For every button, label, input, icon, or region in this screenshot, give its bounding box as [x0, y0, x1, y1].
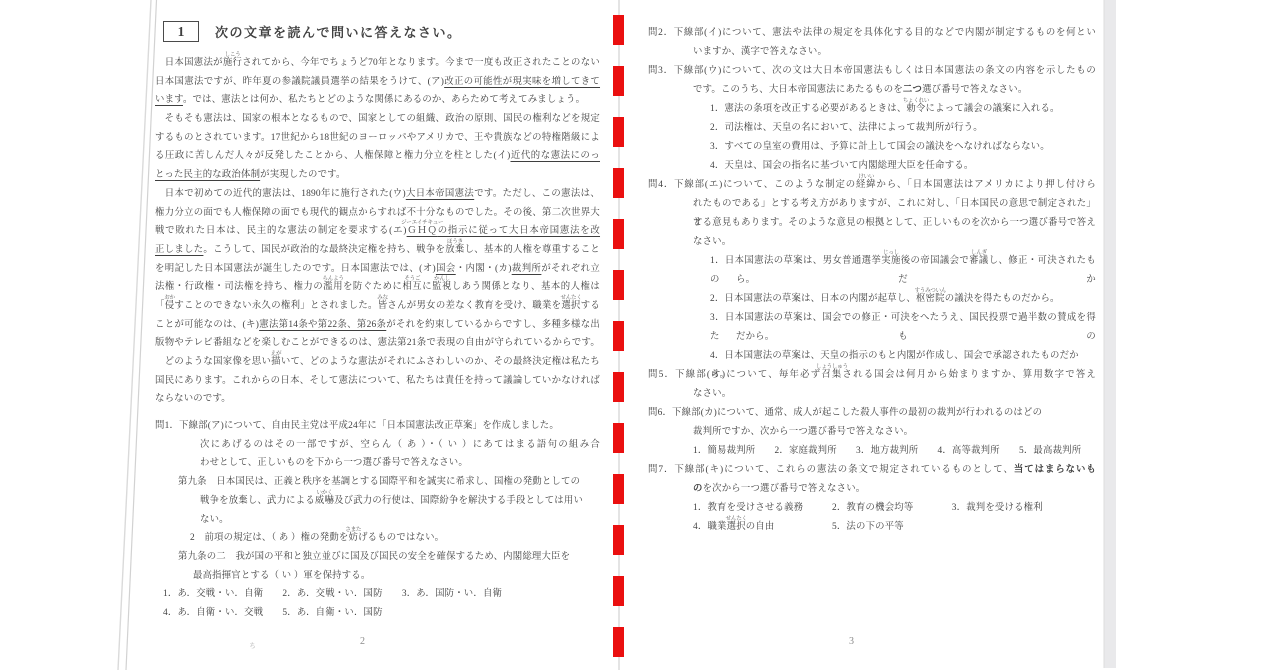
text-line: を明記した日本国憲法が誕生したのです。日本国憲法では、(オ)国会・内閣・(カ)裁… [155, 260, 600, 279]
text-segment: から、「日本国憲法はアメリカにより押し付けら [876, 180, 1096, 190]
text-segment: 威嚇いかく [315, 496, 334, 506]
text-line: 正しました。こうして、国民が政治的な最終決定権を持ち、戦争を放棄ほうきし、基本的… [155, 241, 600, 260]
text-line: 問1．下線部(ア)について、自由民主党は平成24年に「日本国憲法改正草案」を作成… [155, 417, 600, 436]
text-line: 版物やテレビ番組などを楽しむことができるのは、憲法第21条で表現の自由が守られて… [155, 334, 600, 353]
text-segment: 選択せんたく [727, 522, 746, 532]
text-line: 1．憲法の条項を改正する必要があるときは、勅令ちょくれいによって議会の議案に入れ… [648, 100, 1096, 119]
text-line: 戦争を放棄し、武力による威嚇いかく及び武力の行使は、国際紛争を解決する手段として… [155, 492, 600, 511]
text-line: 次にあげるのはその一部ですが、空らん（ あ ）・（ い ）にあてはまる語句の組み… [155, 436, 600, 455]
furigana: さまた [345, 527, 361, 533]
section-title: 次の文章を読んで問いに答えなさい。 [215, 22, 462, 41]
text-line: 4．あ．自衛・い．交戦 5．あ．自衛・い．国防 [155, 604, 600, 623]
text-segment: 版物やテレビ番組などを楽しむことができるのは、憲法第21条で表現の自由が守られて… [155, 338, 600, 348]
text-segment: 。では、憲法とは何か、私たちとどのような関係にあるのか、あらためて考えてみましょ… [183, 95, 585, 105]
furigana: ちょくれい [903, 98, 929, 104]
text-line: 問4．下線部(エ)について、このような制定の経緯けいいから、「日本国憲法はアメリ… [648, 176, 1096, 195]
text-segment: を防ぐために [343, 282, 402, 292]
section-heading: 1 次の文章を読んで問いに答えなさい。 [155, 18, 600, 44]
text-segment: さんが男女の差なく教育を受け、職業を [387, 301, 561, 311]
text-segment: がそれを約束しているからですし、多種多様な出 [386, 320, 600, 330]
text-segment: 当てはまらないも [1014, 465, 1096, 475]
text-segment: すことのできない永久の権利」とされました。 [174, 301, 377, 311]
text-segment: しあう関係となり、基本的人権は [452, 282, 600, 292]
text-segment: 4．天皇は、国会の指名に基づいて内閣総理大臣を任命する。 [710, 161, 973, 171]
furigana: おか [164, 295, 175, 301]
text-line: いますか、漢字で答えなさい。 [648, 43, 1096, 62]
text-segment: がそれぞれ立 [541, 264, 600, 274]
text-segment: の議決を得たものだから。 [945, 294, 1060, 304]
text-segment: ならないのです。 [155, 394, 231, 404]
text-segment: 1．日本国憲法の草案は、男女普通選挙 [710, 256, 881, 266]
furigana: けいい [858, 174, 874, 180]
text-line: 2．日本国憲法の草案は、日本の内閣が起草し、枢密院すうみついんの議決を得たものだ… [648, 290, 1096, 309]
furigana: しんぎ [971, 250, 987, 256]
text-line: 戦で敗れた日本は、民主的な憲法の制定を要求する(エ)ＧＨＱジーエイチキューの指示… [155, 222, 600, 241]
text-segment: 日本で初めての近代的憲法は、1890年に施行された(ウ) [155, 189, 406, 199]
text-segment: 放棄ほうき [445, 245, 464, 255]
text-segment: 法権・行政権・司法権を持ち、権力の [155, 282, 323, 292]
text-segment: 2 前項の規定は、（ あ ）権の発動を [190, 533, 348, 543]
text-segment: 権力分立の面でも人権保障の面でも現代的観点からすれば不十分なものでした。その後、… [155, 208, 600, 218]
underlined-text: 裁判所 [512, 264, 542, 274]
text-segment: ・内閣・(カ) [456, 264, 512, 274]
text-line: のを次から一つ選び番号で答えなさい。 [648, 480, 1096, 499]
text-segment: 日本国憲法ですが、昨年夏の参議院議員選挙の結果をうけて、(ア) [155, 77, 444, 87]
text-line: 問6．下線部(カ)について、通常、成人が起こした殺人事件の最初の裁判が行われるの… [648, 404, 1096, 423]
text-segment: げるものではない。 [358, 533, 444, 543]
text-segment: 問6．下線部(カ)について、通常、成人が起こした殺人事件の最初の裁判が行われるの… [648, 408, 1042, 418]
text-segment: なさい。 [693, 389, 731, 399]
text-segment: です。このうち、大日本帝国憲法にあたるものを [693, 85, 903, 95]
text-segment: によって議会の議案に入れる。 [926, 104, 1060, 114]
text-segment: 監視かんし [432, 282, 452, 292]
text-segment: 4．あ．自衛・い．交戦 5．あ．自衛・い．国防 [163, 608, 383, 618]
text-segment: なさい。 [693, 237, 731, 247]
furigana: しょうしゅう [816, 364, 848, 370]
text-line: ことが可能なのは、(キ)憲法第14条や第22条、第26条がそれを約束しているから… [155, 316, 600, 335]
text-segment: する [581, 301, 600, 311]
text-segment: 2．司法権は、天皇の名において、法律によって裁判所が行う。 [710, 123, 983, 133]
text-line: 問2．下線部(イ)について、憲法や法律の規定を具体化する目的などで内閣が制定する… [648, 24, 1096, 43]
text-line: 3．すべての皇室の費用は、予算に計上して国会の議決をへなければならない。 [648, 138, 1096, 157]
questions-2-to-7: 問2．下線部(イ)について、憲法や法律の規定を具体化する目的などで内閣が制定する… [648, 24, 1096, 537]
text-segment: 1．あ．交戦・い．自衛 2．あ．交戦・い．国防 3．あ．国防・い．自衛 [163, 589, 502, 599]
text-segment: る圧政に苦しんだ人々が反発したことから、人権保障と権力分立を柱とした(イ) [155, 151, 510, 161]
text-line: そもそも憲法は、国家の根本となるもので、国家としての組織、政治の原則、国民の権利… [155, 110, 600, 129]
text-segment: 最高指揮官とする（ い ）軍を保持する。 [193, 571, 370, 581]
text-segment: 妨さまた [348, 533, 358, 543]
text-segment: そもそも憲法は、国家の根本となるもので、国家としての組織、政治の原則、国民の権利… [155, 114, 600, 124]
text-line: 1．あ．交戦・い．自衛 2．あ．交戦・い．国防 3．あ．国防・い．自衛 [155, 585, 600, 604]
text-line: とった民主的な政治体制が実現したのです。 [155, 166, 600, 185]
text-segment: 4．職業 [693, 522, 727, 532]
text-segment: するものとされています。17世紀から18世紀のヨーロッパやアメリカで、王や貴族な… [155, 133, 600, 143]
text-segment: いて、どのような憲法がそれにふさわしいのか、その最終決定権は私たち [281, 357, 600, 367]
text-line: 1．簡易裁判所 2．家庭裁判所 3．地方裁判所 4．高等裁判所 5．最高裁判所 [648, 442, 1096, 461]
text-segment: どのような国家像を思い [155, 357, 271, 367]
furigana: ジーエイチキュー [401, 220, 443, 226]
text-segment: の自由 5．法の下の平等 [746, 522, 904, 532]
text-line: 問7．下線部(キ)について、これらの憲法の条文で規定されているものとして、当ては… [648, 461, 1096, 480]
underlined-text: ＧＨＱジーエイチキュー [407, 226, 438, 236]
text-segment: 1．憲法の条項を改正する必要があるときは、 [710, 104, 906, 114]
section-number-box: 1 [163, 21, 199, 42]
exam-page-right: 問2．下線部(イ)について、憲法や法律の規定を具体化する目的などで内閣が制定する… [648, 24, 1096, 537]
text-segment: 第九条 日本国民は、正義と秩序を基調とする国際平和を誠実に希求し、国権の発動とし… [178, 477, 580, 487]
text-line: 3．日本国憲法の草案は、国会での修正・可決をへたうえ、国民投票で過半数の賛成を得… [648, 309, 1096, 328]
text-segment: 1．教育を受けさせる義務 2．教育の機会均等 3．裁判を受ける権利 [693, 503, 1043, 513]
text-segment: 裁判所ですか、次から一つ選び番号で答えなさい。 [693, 427, 913, 437]
page-number-right: 3 [849, 636, 854, 647]
text-segment: 二つ [903, 85, 922, 95]
text-segment: 及び武力の行使は、国際紛争を解決する手段としては用い [334, 496, 583, 506]
text-line: 権力分立の面でも人権保障の面でも現代的観点からすれば不十分なものでした。その後、… [155, 204, 600, 223]
text-segment: わせとして、正しいものを下から一つ選び番号で答えなさい。 [200, 458, 468, 468]
text-segment: を次から一つ選び番号で答えなさい。 [703, 484, 866, 494]
underlined-text: 近代的な憲法にのっ [510, 151, 600, 161]
underlined-text: 大日本帝国憲法 [406, 189, 474, 199]
text-segment: 実施じっし [881, 256, 901, 266]
text-segment: し、基本的人権を尊重すること [465, 245, 600, 255]
furigana: いかく [317, 490, 333, 496]
text-segment: 問3．下線部(ウ)について、次の文は大日本帝国憲法もしくは日本国憲法の条文の内容… [648, 66, 1096, 76]
text-segment: 経緯けいい [856, 180, 877, 190]
text-segment: 。こうして、国民が政治的な最終決定権を持ち、戦争を [203, 245, 445, 255]
furigana: じっし [883, 250, 899, 256]
text-line: 4．職業選択せんたくの自由 5．法の下の平等 [648, 518, 1096, 537]
underlined-text: 正しました [155, 245, 203, 255]
text-line: る圧政に苦しんだ人々が反発したことから、人権保障と権力分立を柱とした(イ)近代的… [155, 147, 600, 166]
text-line: ならないのです。 [155, 390, 600, 409]
text-segment: 問4．下線部(エ)について、このような制定の [648, 180, 856, 190]
text-line: 日本で初めての近代的憲法は、1890年に施行された(ウ)大日本帝国憲法です。ただ… [155, 185, 600, 204]
text-segment: 2．日本国憲法の草案は、日本の内閣が起草し、 [710, 294, 916, 304]
text-segment: 濫用らんよう [323, 282, 343, 292]
text-line: 日本国憲法ですが、昨年夏の参議院議員選挙の結果をうけて、(ア)改正の可能性が現実… [155, 73, 600, 92]
underlined-text: の指示に従って大日本帝国憲法を改 [438, 226, 600, 236]
text-line: 1．日本国憲法の草案は、男女普通選挙実施じっし後の帝国議会で審議しんぎし、修正・… [648, 252, 1096, 271]
text-line: なさい。 [648, 233, 1096, 252]
text-line: 日本国憲法が施行しこうされてから、今年でちょうど70年となります。今まで一度も改… [155, 54, 600, 73]
text-line: 2．司法権は、天皇の名において、法律によって裁判所が行う。 [648, 119, 1096, 138]
passage-text: 日本国憲法が施行しこうされてから、今年でちょうど70年となります。今まで一度も改… [155, 54, 600, 409]
text-segment: 施行しこう [223, 58, 242, 68]
text-line: 1．教育を受けさせる義務 2．教育の機会均等 3．裁判を受ける権利 [648, 499, 1096, 518]
text-segment: です。ただし、この憲法は、 [474, 189, 600, 199]
text-segment: を明記した日本国憲法が誕生したのです。日本国憲法では、(オ) [155, 264, 436, 274]
text-segment: いますか、漢字で答えなさい。 [693, 47, 827, 57]
text-segment: 「 [155, 301, 165, 311]
text-segment: 勅令ちょくれい [906, 104, 925, 114]
text-segment: 問2．下線部(イ)について、憲法や法律の規定を具体化する目的などで内閣が制定する… [648, 28, 1096, 38]
text-line: だから。 [648, 328, 1096, 347]
underlined-text: とった民主的な政治体制 [155, 170, 260, 180]
furigana: しこう [225, 52, 241, 58]
page-edge-line [126, 0, 157, 670]
text-line: います。では、憲法とは何か、私たちとどのような関係にあるのか、あらためて考えてみ… [155, 91, 600, 110]
text-segment: 枢密院すうみついん [916, 294, 945, 304]
text-segment: 次にあげるのはその一部ですが、空らん（ あ ）・（ い ）にあてはまる語句の組み… [200, 440, 600, 450]
text-line: 問3．下線部(ウ)について、次の文は大日本帝国憲法もしくは日本国憲法の条文の内容… [648, 62, 1096, 81]
text-segment: される国会は何月から始まりますか、算用数字で答え [843, 370, 1096, 380]
text-segment: 選び番号で答えなさい。 [922, 85, 1027, 95]
text-line: 4．日本国憲法の草案は、天皇の指示のもと内閣が作成し、国会で承認されたものだから… [648, 347, 1096, 366]
text-line: する意見もあります。そのような意見の根拠として、正しいものを次から一つ選び番号で… [648, 214, 1096, 233]
text-segment: 問1．下線部(ア)について、自由民主党は平成24年に「日本国憲法改正草案」を作成… [155, 421, 559, 431]
furigana: えが [271, 351, 282, 357]
text-segment: 国民にあります。これからの日本、そして憲法について、私たちは責任を持って議論して… [155, 376, 600, 386]
text-segment: 後の帝国議会で [901, 256, 969, 266]
scanned-exam-spread: { "colors": { "cut_line_red": "#ea0f0f",… [0, 0, 1280, 670]
text-segment: ことが可能なのは、(キ) [155, 320, 259, 330]
text-segment: 3．すべての皇室の費用は、予算に計上して国会の議決をへなければならない。 [710, 142, 1050, 152]
underlined-text: 改正の可能性が現実味を増してきて [444, 77, 600, 87]
question-1: 問1．下線部(ア)について、自由民主党は平成24年に「日本国憲法改正草案」を作成… [155, 417, 600, 623]
exam-page-left: 1 次の文章を読んで問いに答えなさい。 日本国憲法が施行しこうされてから、今年で… [155, 18, 600, 623]
text-line: 第九条の二 我が国の平和と独立並びに国及び国民の安全を確保するため、内閣総理大臣… [155, 548, 600, 567]
furigana: かんし [434, 276, 450, 282]
text-line: なさい。 [648, 385, 1096, 404]
furigana: せんたく [560, 295, 581, 301]
text-segment: 戦争を放棄し、武力による [200, 496, 315, 506]
text-segment: する意見もあります。そのような意見の根拠として、正しいものを次から一つ選び番号で… [693, 218, 1096, 228]
text-line: 2 前項の規定は、（ あ ）権の発動を妨さまたげるものではない。 [155, 529, 600, 548]
furigana: みな [377, 295, 388, 301]
text-segment: に [422, 282, 432, 292]
text-line: 国民にあります。これからの日本、そして憲法について、私たちは責任を持って議論して… [155, 372, 600, 391]
text-line: れたものである」とする考え方がありますが、これに対し、「日本国民の意思で制定され… [648, 195, 1096, 214]
text-segment: 審議しんぎ [969, 256, 989, 266]
text-segment: が実現したのです。 [260, 170, 345, 180]
text-segment: 日本国憲法が [155, 58, 223, 68]
furigana: せんたく [726, 516, 747, 522]
text-line: 「侵おかすことのできない永久の権利」とされました。皆みなさんが男女の差なく教育を… [155, 297, 600, 316]
text-line: 第九条 日本国民は、正義と秩序を基調とする国際平和を誠実に希求し、国権の発動とし… [155, 473, 600, 492]
text-line: 裁判所ですか、次から一つ選び番号で答えなさい。 [648, 423, 1096, 442]
text-line: どのような国家像を思い描えがいて、どのような憲法がそれにふさわしいのか、その最終… [155, 353, 600, 372]
page-number-left: 2 [360, 636, 365, 647]
page-gutter-band [1104, 0, 1116, 668]
text-line: 問5．下線部(オ)について、毎年必ず召集しょうしゅうされる国会は何月から始まりま… [648, 366, 1096, 385]
furigana: すうみついん [915, 288, 947, 294]
text-line: です。このうち、大日本帝国憲法にあたるものを二つ選び番号で答えなさい。 [648, 81, 1096, 100]
stray-mark: ち [248, 640, 257, 651]
text-segment: 侵おか [165, 301, 175, 311]
underlined-text: 憲法第14条や第22条、第26条 [259, 320, 386, 330]
text-segment: ない。 [200, 515, 229, 525]
text-line: わせとして、正しいものを下から一つ選び番号で答えなさい。 [155, 454, 600, 473]
text-line: 最高指揮官とする（ い ）軍を保持する。 [155, 567, 600, 586]
text-segment: 召集しょうしゅう [821, 370, 842, 380]
text-segment: ら。 [736, 275, 755, 285]
text-segment: 問7．下線部(キ)について、これらの憲法の条文で規定されているものとして、 [648, 465, 1014, 475]
furigana: そうご [404, 276, 420, 282]
text-line: するものとされています。17世紀から18世紀のヨーロッパやアメリカで、王や貴族な… [155, 129, 600, 148]
text-line: ない。 [155, 511, 600, 530]
underlined-text: います [155, 95, 183, 105]
text-segment: 問5．下線部(オ)について、毎年必ず [648, 370, 821, 380]
text-segment: 選択せんたく [561, 301, 580, 311]
text-segment: 描えが [271, 357, 281, 367]
furigana: らんよう [323, 276, 344, 282]
text-segment: 戦で敗れた日本は、民主的な憲法の制定を要求する(エ) [155, 226, 407, 236]
furigana: ほうき [447, 239, 463, 245]
text-segment: の [693, 484, 703, 494]
underlined-text: 国会 [436, 264, 456, 274]
text-line: ら。 [648, 271, 1096, 290]
text-segment: だから。 [736, 332, 774, 342]
text-segment: 皆みな [378, 301, 388, 311]
text-segment: 1．簡易裁判所 2．家庭裁判所 3．地方裁判所 4．高等裁判所 5．最高裁判所 [693, 446, 1081, 456]
text-segment: 相互そうご [402, 282, 422, 292]
text-segment: 第九条の二 我が国の平和と独立並びに国及び国民の安全を確保するため、内閣総理大臣… [178, 552, 570, 562]
text-segment: されてから、今年でちょうど70年となります。今まで一度も改正されたことのない [242, 58, 600, 68]
page-edge-line [118, 0, 151, 670]
